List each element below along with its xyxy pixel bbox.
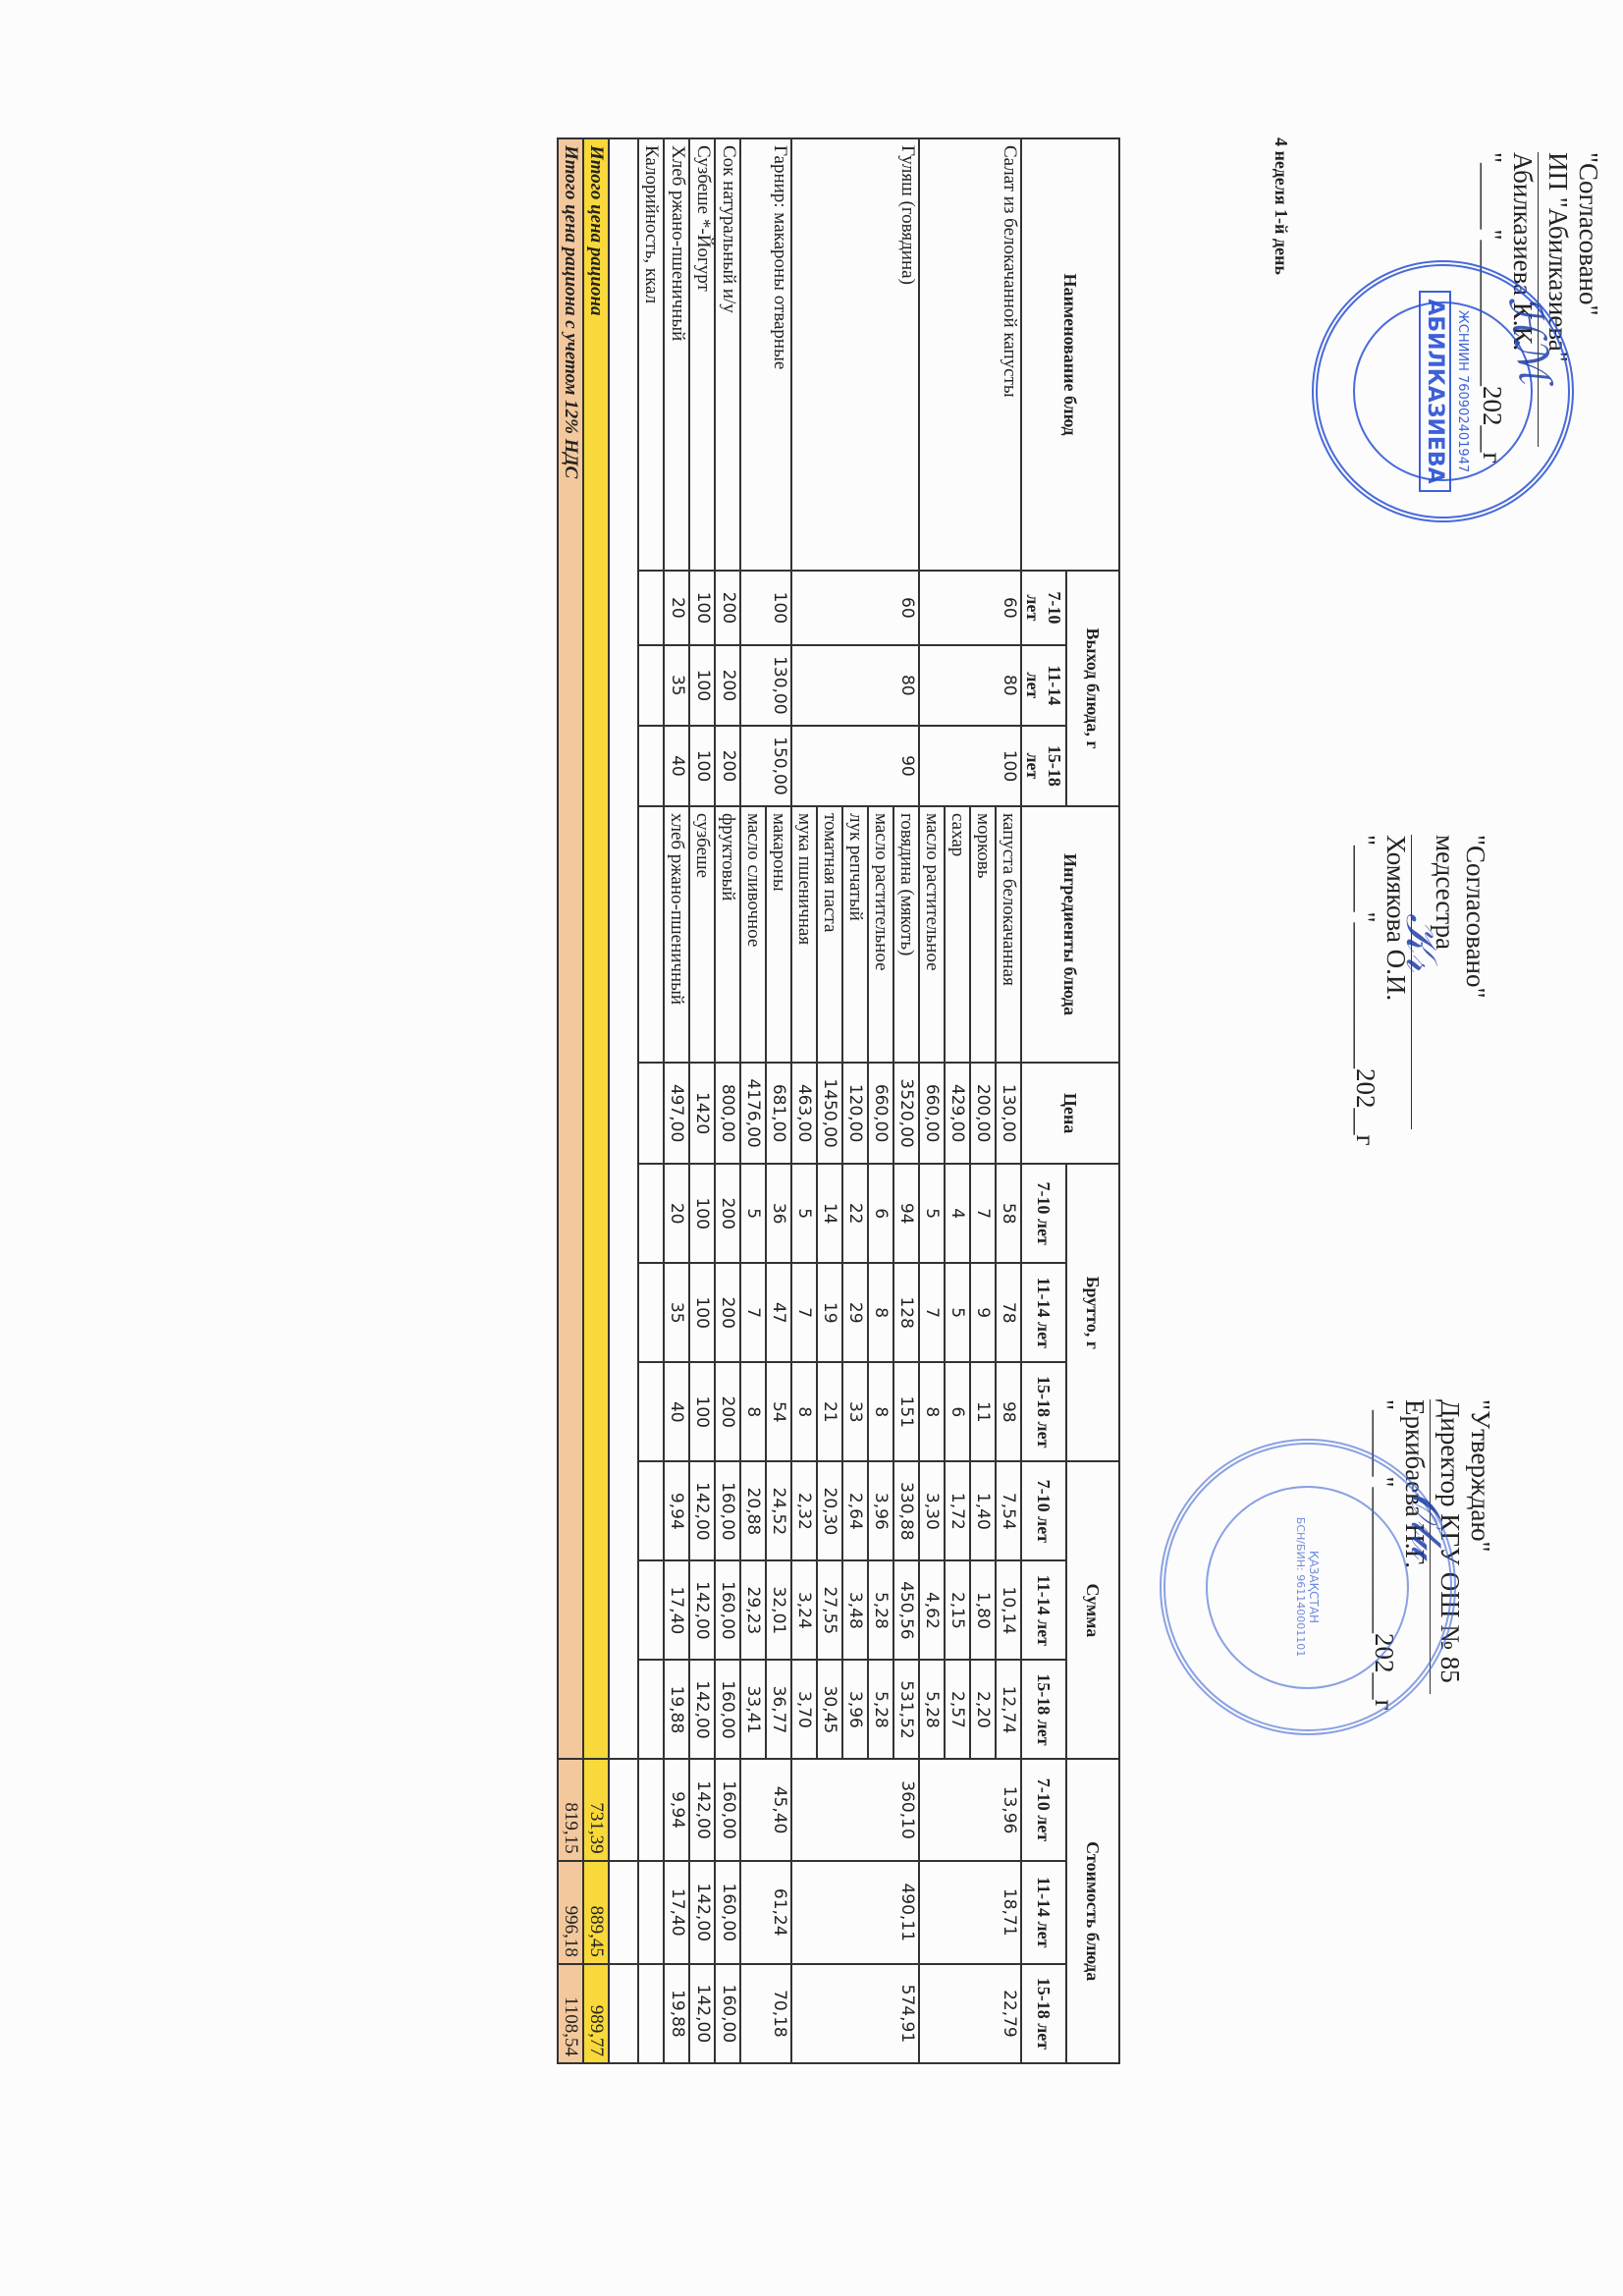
- ingredient-brutto: 8: [791, 1362, 817, 1461]
- header-sum-age-0: 7-10 лет: [1021, 1461, 1066, 1560]
- header-yield-age-1: 11-14 лет: [1021, 645, 1066, 726]
- calories-cell: [638, 1461, 664, 1560]
- ingredient-brutto: 54: [766, 1362, 791, 1461]
- calories-row: Калорийность, ккал: [638, 138, 664, 2063]
- dish-name: Гуляш (говядина): [791, 138, 919, 571]
- dish-yield: 100: [689, 571, 715, 645]
- ingredient-brutto: 29: [842, 1263, 868, 1362]
- ingredient-brutto: 200: [715, 1362, 740, 1461]
- spacer-cell: [609, 1759, 638, 1860]
- dish-yield: 20: [664, 571, 689, 645]
- ingredient-price: 3520,00: [893, 1063, 919, 1164]
- stamp-emblem: ҚАЗАҚСТАН: [1308, 1551, 1322, 1623]
- ingredient-name: сузбеше: [689, 806, 715, 1063]
- signature-line: [1411, 835, 1416, 1129]
- dish-yield: 200: [715, 726, 740, 806]
- ingredient-price: 660,00: [868, 1063, 893, 1164]
- ingredient-sum: 12,74: [996, 1660, 1021, 1759]
- header-sum: Сумма: [1066, 1461, 1119, 1759]
- calories-cell: [638, 1660, 664, 1759]
- ingredient-price: 800,00: [715, 1063, 740, 1164]
- calories-cell: [638, 726, 664, 806]
- ingredient-name: лук репчатый: [842, 806, 868, 1063]
- dish-cost: 360,10: [791, 1759, 919, 1860]
- total-label: Итого цена рациона с учетом 12% НДС: [558, 138, 583, 1759]
- ingredient-name: морковь: [970, 806, 996, 1063]
- ingredient-brutto: 78: [996, 1263, 1021, 1362]
- ingredient-sum: 36,77: [766, 1660, 791, 1759]
- calories-cell: [638, 1164, 664, 1263]
- spacer-cell: [609, 138, 638, 1759]
- header-brutto-age-0: 7-10 лет: [1021, 1164, 1066, 1263]
- dish-cost: 70,18: [740, 1964, 791, 2063]
- week-day-label: 4 неделя 1-й день: [1271, 137, 1291, 275]
- ingredient-price: 497,00: [664, 1063, 689, 1164]
- total-value: 889,45: [583, 1861, 609, 1964]
- dish-name: Хлеб ржано-пшеничный: [664, 138, 689, 571]
- stamp-name: АБИЛКАЗИЕВА: [1420, 291, 1452, 491]
- calories-cell: [638, 1560, 664, 1660]
- dish-name: Сок натуральный и/у: [715, 138, 740, 571]
- ingredient-brutto: 9: [970, 1263, 996, 1362]
- ingredient-sum: 33,41: [740, 1660, 766, 1759]
- ingredient-brutto: 151: [893, 1362, 919, 1461]
- total-value: 731,39: [583, 1759, 609, 1860]
- ingredient-sum: 160,00: [715, 1560, 740, 1660]
- dish-yield: 100: [689, 645, 715, 726]
- dish-yield: 150,00: [740, 726, 791, 806]
- header-ingredients: Ингредиенты блюда: [1021, 806, 1119, 1063]
- ingredient-brutto: 5: [791, 1164, 817, 1263]
- calories-cell: [638, 571, 664, 645]
- calories-cell: [638, 806, 664, 1063]
- ingredient-sum: 142,00: [689, 1560, 715, 1660]
- ingredient-brutto: 200: [715, 1164, 740, 1263]
- ingredient-sum: 3,70: [791, 1660, 817, 1759]
- ingredient-name: масло растительное: [868, 806, 893, 1063]
- header-brutto: Брутто, г: [1066, 1164, 1119, 1461]
- dish-cost: 18,71: [919, 1861, 1021, 1964]
- total-value: 819,15: [558, 1759, 583, 1860]
- ingredient-name: масло сливочное: [740, 806, 766, 1063]
- ingredient-sum: 330,88: [893, 1461, 919, 1560]
- header-cost-age-0: 7-10 лет: [1021, 1759, 1066, 1860]
- ingredient-brutto: 8: [740, 1362, 766, 1461]
- ingredient-brutto: 7: [919, 1263, 945, 1362]
- ingredient-brutto: 58: [996, 1164, 1021, 1263]
- dish-cost: 13,96: [919, 1759, 1021, 1860]
- header-price: Цена: [1021, 1063, 1119, 1164]
- ingredient-sum: 3,30: [919, 1461, 945, 1560]
- dish-yield: 60: [791, 571, 919, 645]
- total-value: 996,18: [558, 1861, 583, 1964]
- calories-cell: [638, 1759, 664, 1860]
- ingredient-sum: 30,45: [817, 1660, 842, 1759]
- ingredient-brutto: 4: [945, 1164, 970, 1263]
- dish-yield: 35: [664, 645, 689, 726]
- ingredient-sum: 2,15: [945, 1560, 970, 1660]
- ingredient-sum: 2,64: [842, 1461, 868, 1560]
- ingredient-brutto: 47: [766, 1263, 791, 1362]
- dish-cost: 45,40: [740, 1759, 791, 1860]
- table-row: Салат из белокачанной капусты6080100капу…: [996, 138, 1021, 2063]
- spacer-cell: [609, 1861, 638, 1964]
- ingredient-sum: 17,40: [664, 1560, 689, 1660]
- ingredient-sum: 142,00: [689, 1660, 715, 1759]
- ingredient-sum: 24,52: [766, 1461, 791, 1560]
- header-cost-age-2: 15-18 лет: [1021, 1964, 1066, 2063]
- ingredient-sum: 142,00: [689, 1461, 715, 1560]
- header-yield: Выход блюда, г: [1066, 571, 1119, 806]
- handwritten-signature-right: 𝒪𝓁𝓊: [1401, 1493, 1451, 1558]
- dish-cost: 17,40: [664, 1861, 689, 1964]
- stamp-right: ҚАЗАҚСТАН БСН/БИН: 961140001101: [1160, 1439, 1456, 1735]
- ingredient-sum: 4,62: [919, 1560, 945, 1660]
- total-value: 989,77: [583, 1964, 609, 2063]
- total-row: Итого цена рациона731,39889,45989,77: [583, 138, 609, 2063]
- dish-cost: 19,88: [664, 1964, 689, 2063]
- ingredient-sum: 160,00: [715, 1660, 740, 1759]
- ingredient-brutto: 22: [842, 1164, 868, 1263]
- calories-cell: [638, 1362, 664, 1461]
- ingredient-name: масло растительное: [919, 806, 945, 1063]
- ingredient-brutto: 7: [740, 1263, 766, 1362]
- ingredient-sum: 29,23: [740, 1560, 766, 1660]
- calories-cell: [638, 1063, 664, 1164]
- dish-cost: 160,00: [715, 1964, 740, 2063]
- calories-cell: [638, 1964, 664, 2063]
- table-row: Сок натуральный и/у200200200фруктовый800…: [715, 138, 740, 2063]
- dish-yield: 40: [664, 726, 689, 806]
- handwritten-signature-middle: 𝒦𝓇: [1396, 913, 1446, 971]
- table-row: Сузбеше *-Йогурт100100100сузбеше14201001…: [689, 138, 715, 2063]
- ingredient-sum: 5,28: [919, 1660, 945, 1759]
- dish-yield: 100: [689, 726, 715, 806]
- ingredient-brutto: 33: [842, 1362, 868, 1461]
- dish-cost: 142,00: [689, 1861, 715, 1964]
- ingredient-name: говядина (мякоть): [893, 806, 919, 1063]
- dish-cost: 490,11: [791, 1861, 919, 1964]
- ingredient-sum: 3,96: [868, 1461, 893, 1560]
- ingredient-sum: 9,94: [664, 1461, 689, 1560]
- ingredient-brutto: 40: [664, 1362, 689, 1461]
- dish-name: Сузбеше *-Йогурт: [689, 138, 715, 571]
- approval-block-middle: "Согласовано" медсестра Хомякова О.И. "_…: [1350, 835, 1490, 1247]
- ingredient-brutto: 100: [689, 1164, 715, 1263]
- ingredient-price: 463,00: [791, 1063, 817, 1164]
- ingredient-name: фруктовый: [715, 806, 740, 1063]
- dish-name: Гарнир: макароны отварные: [740, 138, 791, 571]
- spacer-row: [609, 138, 638, 2063]
- stamp-id: ЖСНИИН 760902401947: [1456, 310, 1471, 472]
- table-row: Хлеб ржано-пшеничный203540хлеб ржано-пше…: [664, 138, 689, 2063]
- dish-yield: 90: [791, 726, 919, 806]
- header-sum-age-1: 11-14 лет: [1021, 1560, 1066, 1660]
- dish-cost: 574,91: [791, 1964, 919, 2063]
- calories-cell: [638, 1263, 664, 1362]
- ingredient-brutto: 19: [817, 1263, 842, 1362]
- dish-yield: 80: [791, 645, 919, 726]
- dish-cost: 61,24: [740, 1861, 791, 1964]
- header-cost-age-1: 11-14 лет: [1021, 1861, 1066, 1964]
- ingredient-brutto: 7: [791, 1263, 817, 1362]
- ingredient-name: сахар: [945, 806, 970, 1063]
- approval-role: медсестра: [1430, 835, 1460, 1247]
- ingredient-brutto: 14: [817, 1164, 842, 1263]
- dish-yield: 80: [919, 645, 1021, 726]
- ingredient-sum: 3,96: [842, 1660, 868, 1759]
- table-row: Гуляш (говядина)608090говядина (мякоть)3…: [893, 138, 919, 2063]
- dish-yield: 200: [715, 645, 740, 726]
- ingredient-sum: 2,32: [791, 1461, 817, 1560]
- ingredient-brutto: 8: [868, 1263, 893, 1362]
- ingredient-brutto: 5: [740, 1164, 766, 1263]
- ingredient-sum: 5,28: [868, 1660, 893, 1759]
- ingredient-brutto: 8: [868, 1362, 893, 1461]
- total-value: 1108,54: [558, 1964, 583, 2063]
- ingredient-sum: 20,30: [817, 1461, 842, 1560]
- ingredient-price: 4176,00: [740, 1063, 766, 1164]
- ingredient-sum: 531,52: [893, 1660, 919, 1759]
- header-yield-age-0: 7-10 лет: [1021, 571, 1066, 645]
- calories-label: Калорийность, ккал: [638, 138, 664, 571]
- ingredient-price: 200,00: [970, 1063, 996, 1164]
- ingredient-price: 681,00: [766, 1063, 791, 1164]
- ingredient-brutto: 100: [689, 1362, 715, 1461]
- dish-cost: 160,00: [715, 1861, 740, 1964]
- ingredient-brutto: 5: [919, 1164, 945, 1263]
- ingredient-sum: 27,55: [817, 1560, 842, 1660]
- ingredient-brutto: 20: [664, 1164, 689, 1263]
- ingredient-price: 130,00: [996, 1063, 1021, 1164]
- ingredient-brutto: 98: [996, 1362, 1021, 1461]
- approval-title: "Утверждаю": [1465, 1399, 1495, 1851]
- ingredient-name: макароны: [766, 806, 791, 1063]
- dish-cost: 9,94: [664, 1759, 689, 1860]
- dish-cost: 142,00: [689, 1759, 715, 1860]
- ingredient-sum: 1,72: [945, 1461, 970, 1560]
- ingredient-name: мука пшеничная: [791, 806, 817, 1063]
- dish-yield: 60: [919, 571, 1021, 645]
- ingredient-sum: 10,14: [996, 1560, 1021, 1660]
- approval-title: "Согласовано": [1573, 152, 1603, 565]
- ingredient-sum: 3,48: [842, 1560, 868, 1660]
- header-cost: Стоимость блюда: [1066, 1759, 1119, 2063]
- stamp-id: БСН/БИН: 961140001101: [1295, 1517, 1308, 1657]
- dish-yield: 200: [715, 571, 740, 645]
- spacer-cell: [609, 1964, 638, 2063]
- approval-date: "_____"___________202__г: [1350, 835, 1380, 1247]
- ingredient-name: томатная паста: [817, 806, 842, 1063]
- ingredient-price: 1420: [689, 1063, 715, 1164]
- ingredient-name: капуста белокачанная: [996, 806, 1021, 1063]
- table-row: Гарнир: макароны отварные100130,00150,00…: [766, 138, 791, 2063]
- header-brutto-age-2: 15-18 лет: [1021, 1362, 1066, 1461]
- menu-document: "Согласовано" ИП "Абилказиева" Абилказие…: [0, 0, 1623, 2296]
- ingredient-sum: 2,57: [945, 1660, 970, 1759]
- ingredient-brutto: 94: [893, 1164, 919, 1263]
- ingredient-sum: 1,40: [970, 1461, 996, 1560]
- ingredient-brutto: 7: [970, 1164, 996, 1263]
- ingredient-sum: 32,01: [766, 1560, 791, 1660]
- approval-name: Хомякова О.И.: [1380, 835, 1411, 1247]
- ingredient-brutto: 36: [766, 1164, 791, 1263]
- dish-yield: 100: [740, 571, 791, 645]
- calories-cell: [638, 1861, 664, 1964]
- menu-table: Наименование блюд Выход блюда, г Ингреди…: [557, 137, 1120, 2064]
- dish-cost: 142,00: [689, 1964, 715, 2063]
- ingredient-brutto: 6: [945, 1362, 970, 1461]
- ingredient-sum: 2,20: [970, 1660, 996, 1759]
- ingredient-brutto: 100: [689, 1263, 715, 1362]
- ingredient-sum: 160,00: [715, 1461, 740, 1560]
- total-label: Итого цена рациона: [583, 138, 609, 1759]
- header-sum-age-2: 15-18 лет: [1021, 1660, 1066, 1759]
- calories-cell: [638, 645, 664, 726]
- header-brutto-age-1: 11-14 лет: [1021, 1263, 1066, 1362]
- ingredient-sum: 1,80: [970, 1560, 996, 1660]
- ingredient-sum: 20,88: [740, 1461, 766, 1560]
- ingredient-price: 120,00: [842, 1063, 868, 1164]
- ingredient-name: хлеб ржано-пшеничный: [664, 806, 689, 1063]
- ingredient-brutto: 8: [919, 1362, 945, 1461]
- ingredient-sum: 450,56: [893, 1560, 919, 1660]
- ingredient-price: 1450,00: [817, 1063, 842, 1164]
- ingredient-sum: 19,88: [664, 1660, 689, 1759]
- dish-yield: 130,00: [740, 645, 791, 726]
- ingredient-brutto: 5: [945, 1263, 970, 1362]
- ingredient-brutto: 200: [715, 1263, 740, 1362]
- header-dish: Наименование блюд: [1021, 138, 1119, 571]
- ingredient-sum: 7,54: [996, 1461, 1021, 1560]
- ingredient-price: 429,00: [945, 1063, 970, 1164]
- ingredient-brutto: 35: [664, 1263, 689, 1362]
- dish-cost: 22,79: [919, 1964, 1021, 2063]
- ingredient-brutto: 11: [970, 1362, 996, 1461]
- dish-yield: 100: [919, 726, 1021, 806]
- dish-cost: 160,00: [715, 1759, 740, 1860]
- total-row: Итого цена рациона с учетом 12% НДС819,1…: [558, 138, 583, 2063]
- ingredient-price: 660,00: [919, 1063, 945, 1164]
- dish-name: Салат из белокачанной капусты: [919, 138, 1021, 571]
- header-yield-age-2: 15-18 лет: [1021, 726, 1066, 806]
- ingredient-sum: 5,28: [868, 1560, 893, 1660]
- ingredient-sum: 3,24: [791, 1560, 817, 1660]
- ingredient-brutto: 128: [893, 1263, 919, 1362]
- ingredient-brutto: 21: [817, 1362, 842, 1461]
- approval-title: "Согласовано": [1460, 835, 1490, 1247]
- ingredient-brutto: 6: [868, 1164, 893, 1263]
